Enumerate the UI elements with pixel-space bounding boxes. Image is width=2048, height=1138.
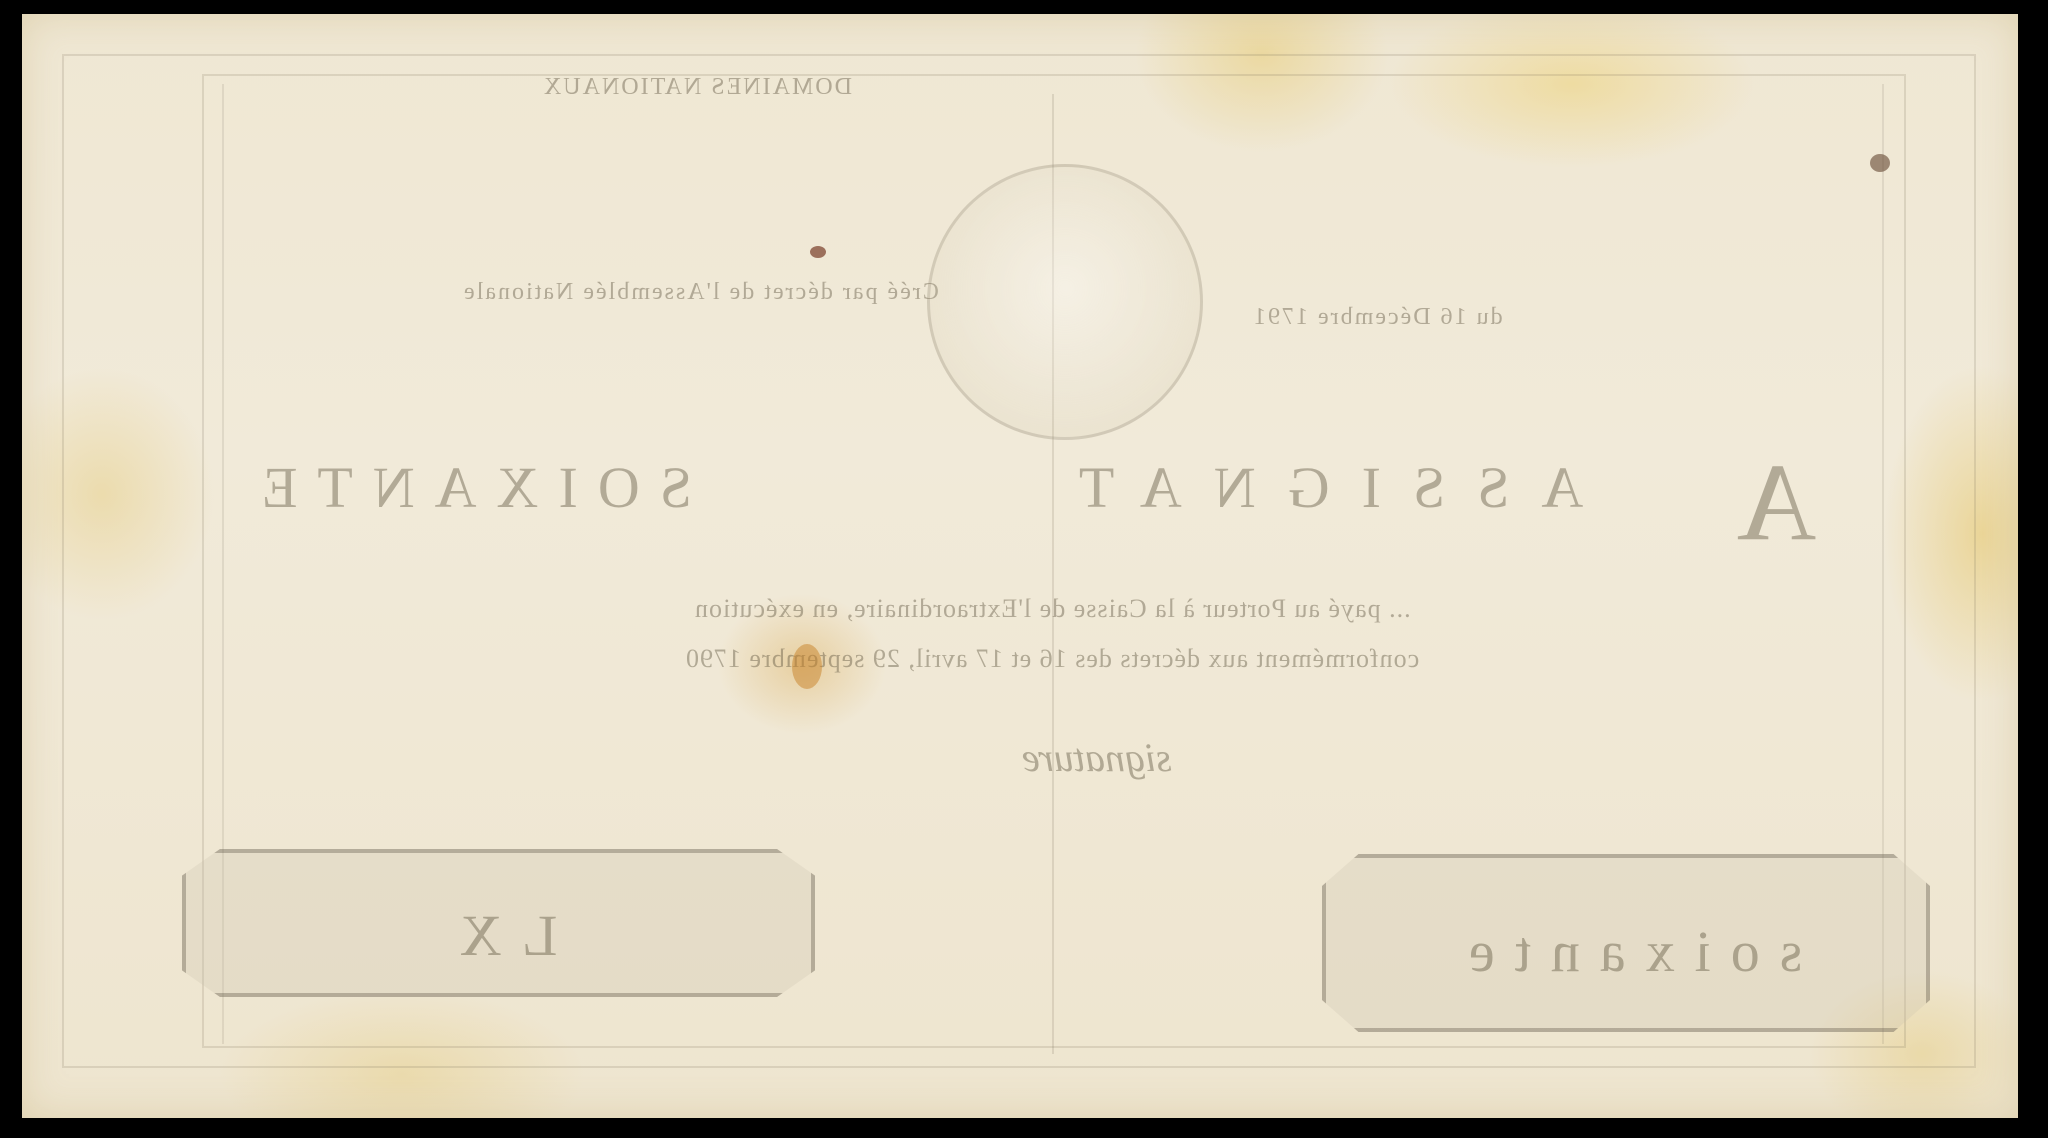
body-line-1: ... payé au Porteur à la Caisse de l'Ext… xyxy=(232,594,1872,624)
dark-stain-top-right xyxy=(1870,154,1890,172)
denomination-word: SOIXANTE xyxy=(242,454,692,521)
title-row: SOIXANTE ASSIGNAT xyxy=(222,454,1882,534)
signature-mark: signature xyxy=(1022,734,1172,781)
body-line-2: conformément aux décrets des 16 et 17 av… xyxy=(232,644,1872,674)
header-left-text: DOMAINES NATIONAUX xyxy=(542,74,852,101)
header-line-right: du 16 Décembre 1791 xyxy=(1252,304,1503,331)
title-initial: A xyxy=(1737,439,1816,566)
cartouche-left-text: LX xyxy=(186,902,811,969)
rust-stain xyxy=(792,644,822,689)
header-line-left: Créé par décret de l'Assemblée Nationale xyxy=(462,279,939,306)
cartouche-right-text: soixante xyxy=(1326,918,1926,985)
cartouche-left: LX xyxy=(182,849,815,997)
seal-medallion xyxy=(927,164,1203,440)
assignat-banknote: DOMAINES NATIONAUX Créé par décret de l'… xyxy=(22,14,2018,1118)
ink-spot-stain xyxy=(810,246,826,258)
cartouche-right: soixante xyxy=(1322,854,1930,1032)
title-word: ASSIGNAT xyxy=(1047,454,1583,521)
